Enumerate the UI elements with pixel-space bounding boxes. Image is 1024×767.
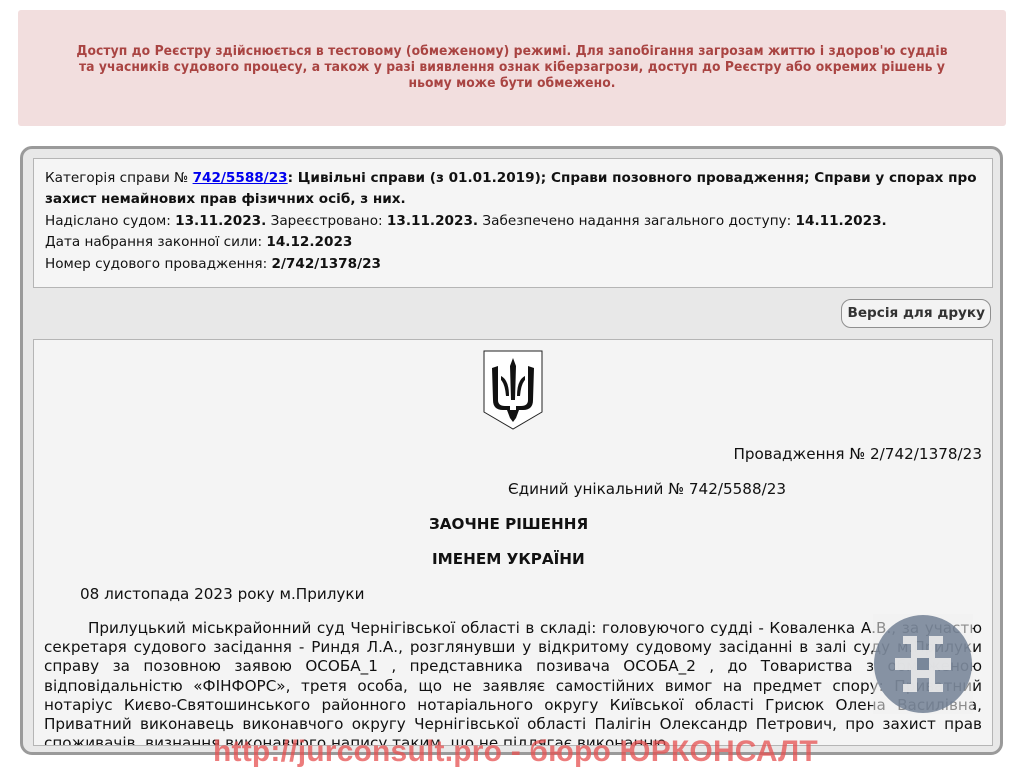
case-dates: Надіслано судом: 13.11.2023. Зареєстрова… — [45, 211, 981, 232]
proceeding-number: Номер судового провадження: 2/742/1378/2… — [45, 254, 981, 275]
proceeding-label: Номер судового провадження: — [45, 256, 272, 272]
effective-label: Дата набрання законної сили: — [45, 234, 266, 250]
sent-label: Надіслано судом: — [45, 213, 175, 229]
alert-text: Доступ до Реєстру здійснюється в тестово… — [67, 44, 956, 92]
proceeding-value: 2/742/1378/23 — [272, 256, 381, 272]
print-version-button[interactable]: Версія для друку — [841, 299, 991, 328]
unique-number-line: Єдиний унікальний № 742/5588/23 — [508, 480, 786, 498]
registry-warning-alert: Доступ до Реєстру здійснюється в тестово… — [18, 10, 1006, 126]
decision-body: Прилуцький міськрайонний суд Чернігівськ… — [44, 619, 982, 746]
registered-label: Зареєстровано: — [266, 213, 387, 229]
category-label: Категорія справи № — [45, 170, 193, 186]
sent-value: 13.11.2023. — [175, 213, 266, 229]
case-info-panel: Категорія справи № 742/5588/23: Цивільні… — [33, 158, 993, 288]
registered-value: 13.11.2023. — [387, 213, 478, 229]
decision-title: ЗАОЧНЕ РІШЕННЯ — [429, 515, 588, 533]
decision-container: Категорія справи № 742/5588/23: Цивільні… — [20, 146, 1003, 755]
decision-body-text: Прилуцький міськрайонний суд Чернігівськ… — [44, 619, 982, 746]
decision-subtitle: ІМЕНЕМ УКРАЇНИ — [432, 550, 585, 568]
public-access-label: Забезпечено надання загального доступу: — [478, 213, 795, 229]
effective-date: Дата набрання законної сили: 14.12.2023 — [45, 232, 981, 253]
effective-value: 14.12.2023 — [266, 234, 352, 250]
decision-document: Провадження № 2/742/1378/23 Єдиний уніка… — [33, 339, 993, 746]
proceeding-line: Провадження № 2/742/1378/23 — [733, 445, 982, 463]
ukraine-trident-emblem-icon — [483, 350, 543, 430]
public-access-value: 14.11.2023. — [796, 213, 887, 229]
case-number-link[interactable]: 742/5588/23 — [193, 170, 288, 186]
puzzle-extension-icon[interactable] — [873, 614, 973, 714]
case-category: Категорія справи № 742/5588/23: Цивільні… — [45, 168, 981, 211]
watermark-text: http://jurconsult.pro - бюро ЮРКОНСАЛТ — [213, 735, 818, 767]
decision-date-line: 08 листопада 2023 року м.Прилуки — [80, 585, 364, 603]
